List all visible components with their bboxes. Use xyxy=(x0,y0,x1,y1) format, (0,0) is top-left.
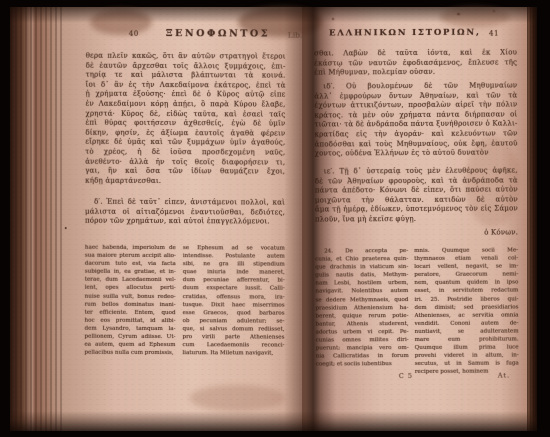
text-line: esse Graecos, quod barbaros xyxy=(183,309,285,318)
latin-lines: se Ephesum ad se vocatumintendisse. Post… xyxy=(182,244,284,350)
text-line: ἑκάστῳ τῶν ναυτῶν ἐφοδιασάμενος, ἔπλευσε… xyxy=(314,58,517,69)
text-line: σθαι. Λαβὼν δὲ ταῦτα ἰόντα, καὶ ἐκ Χίου … xyxy=(314,48,517,59)
greek-paragraph: θερα πλεῖν κακῶς, ὅτι ἂν αὐτῶν στρατηγοὶ… xyxy=(85,52,286,187)
latin-notes-column: se Ephesum ad se vocatumintendisse. Post… xyxy=(182,244,284,358)
text-line: cratidas, offensus mora, ira- xyxy=(183,293,285,302)
text-line: ἐν Λακεδαίμονι κόρῃ ἀπῄει, ὃ παρὰ Κύρου … xyxy=(85,100,285,110)
latin-notes-column: mnis. Quumque socii Me-thymnaeos etiam v… xyxy=(414,246,519,376)
page-number-right: 41 xyxy=(489,30,499,38)
signature-mark: C 5 xyxy=(399,372,413,380)
text-line: πόρον τῶν χρημάτων, καὶ αὐτοὶ ἐπαγγελλόμ… xyxy=(85,217,285,227)
greek-lines: θερα πλεῖν κακῶς, ὅτι ἂν αὐτῶν στρατηγοὶ… xyxy=(85,52,286,178)
text-line: κήδῃ ἁμαρτάνεσθαι. xyxy=(85,176,285,186)
text-line: duum exspectare iussit. Calli- xyxy=(183,285,285,294)
latin-notes-column: haec habenda, imperiolum desua maiore pt… xyxy=(84,244,175,358)
text-line: ιε′. Τῇ δ᾽ ὑστεραίᾳ τοὺς μὲν ἐλευθέρους … xyxy=(315,166,518,177)
text-line: pellacibus nulla cum promissis, xyxy=(84,349,175,357)
text-line: coegit; et sociis iubentibus xyxy=(316,360,409,369)
greek-catchword: ὁ Κόνων. xyxy=(315,228,518,239)
greek-lines: σθαι. Λαβὼν δὲ ταῦτα ἰόντα, καὶ ἐκ Χίου … xyxy=(314,48,517,68)
text-line: liaturum. Ita Miletum navigavit, xyxy=(182,349,284,358)
text-line: praesidium Atheniensium ha- xyxy=(315,304,408,313)
right-page-text: ΕΛΛΗΝΙΚΩΝ ΙΣΤΟΡΙΩΝ, 41 σθαι. Λαβὼν δὲ τα… xyxy=(301,6,528,431)
text-line: esset, in servitutem redactum xyxy=(414,287,518,296)
text-line: tusque. Dixit haec miserrimos xyxy=(183,301,285,310)
latin-lines: 24. De accepta pe-cunia, et Chio praeter… xyxy=(315,247,409,361)
text-line: ιδ′. Οὐ βουλομένων δὲ τῶν Μηθυμναίων προ… xyxy=(314,81,517,92)
text-line: ὁ Κόνων. xyxy=(315,228,518,239)
ink-speck xyxy=(332,18,334,20)
text-line: ter efficiente. Entem, quod xyxy=(85,308,176,316)
greek-paragraph: ιε′. Τῇ δ᾽ ὑστεραίᾳ τοὺς μὲν ἐλευθέρους … xyxy=(315,166,518,225)
text-line: δ′. Ἐπεὶ δὲ ταῦτ᾽ εἶπεν, ἀνιστάμενοι πολ… xyxy=(85,198,285,208)
greek-lines: ιε′. Τῇ δ᾽ ὑστεραίᾳ τοὺς μὲν ἐλευθέρους … xyxy=(315,166,518,215)
text-line: τηρίᾳ τε καὶ μάλιστα βλάπτωνται τὰ κοινά… xyxy=(86,71,286,81)
greek-paragraph: σθαι. Λαβὼν δὲ ταῦτα ἰόντα, καὶ ἐκ Χίου … xyxy=(314,48,517,78)
ink-speck xyxy=(457,13,460,15)
book-spread: 40 ΞΕΝΟΦΩΝΤΟΣ Lib. θερα πλεῖν κακῶς, ὅτι… xyxy=(10,7,537,431)
text-line: se dedere Methymnaeis, quod xyxy=(315,296,408,305)
left-page-text: 40 ΞΕΝΟΦΩΝΤΟΣ Lib. θερα πλεῖν κακῶς, ὅτι… xyxy=(9,6,303,431)
text-line: πλοῦν, ἵνα μὴ ἐκεῖσε φύγῃ. xyxy=(315,214,518,225)
text-line: γαι, ἣν καὶ ὅσα τῶν ἰδίων θαυμάζειν ἔχοι… xyxy=(85,167,285,177)
page-edges-right xyxy=(527,7,537,431)
text-line: berent, quique rerum potie- xyxy=(315,312,408,321)
text-line: navigavit. Nolentibus autem xyxy=(315,288,408,297)
running-title-right: ΕΛΛΗΝΙΚΩΝ ΙΣΤΟΡΙΩΝ, xyxy=(329,28,481,39)
text-line: nuise suilla vult, bonus redeo- xyxy=(85,292,176,300)
greek-lines: ιδ′. Οὐ βουλομένων δὲ τῶν Μηθυμναίων προ… xyxy=(314,81,517,149)
text-line: lent, opes allocutus perti- xyxy=(85,284,176,292)
text-line: iri. 25. Postridie liberos qui- xyxy=(414,295,518,304)
text-line: τὸ χρέος, ἡ δὲ ἰοῦσα προσδεχομένη ναῦς, xyxy=(85,148,285,158)
greek-paragraph: ιδ′. Οὐ βουλομένων δὲ τῶν Μηθυμναίων προ… xyxy=(314,81,517,159)
text-line: secutus, ut in Samum is fuga xyxy=(415,360,519,369)
latin-lines: haec habenda, imperiolum desua maiore pt… xyxy=(84,244,175,350)
page-number-left: 40 xyxy=(129,30,139,38)
text-line: ἐπὶ Μήθυμναν, πολεμίαν οὖσαν. xyxy=(314,68,517,79)
greek-paragraph: δ′. Ἐπεὶ δὲ ταῦτ᾽ εἶπεν, ἀνιστάμενοι πολ… xyxy=(85,198,285,228)
text-line: κρατίδας εἰς τὴν ἀγοράν· καὶ κελευόντων … xyxy=(315,129,518,140)
catchword: At. xyxy=(498,372,510,380)
ink-speck xyxy=(493,10,495,12)
text-line: rum bellos dominatus inani- xyxy=(85,300,176,308)
latin-lines: mnis. Quumque socii Me-thymnaeos etiam v… xyxy=(414,246,519,368)
text-line: nia Callicratidas in forum xyxy=(316,352,409,361)
text-line: dem dimisit; sed praesidiarios xyxy=(414,303,518,312)
text-line: χοντος, οὐδένα Ἑλλήνων ἐς τὸ αὑτοῦ δυνατ… xyxy=(315,149,518,160)
greek-lines: δ′. Ἐπεὶ δὲ ταῦτ᾽ εἶπεν, ἀνιστάμενοι πολ… xyxy=(85,198,285,218)
text-line: ἐπὶ θύρας φοιτήσεσιν ἀχθεσθείς, ἐγὼ δὲ ὑ… xyxy=(85,119,285,129)
text-line: ἅμα τῇ ἡμέρᾳ, ἐδίωκεν, ὑποτεμνόμενος τὸν… xyxy=(315,205,518,216)
latin-notes-column: 24. De accepta pe-cunia, et Chio praeter… xyxy=(315,247,409,369)
book-photo: 40 ΞΕΝΟΦΩΝΤΟΣ Lib. θερα πλεῖν κακῶς, ὅτι… xyxy=(0,0,550,437)
footnote-mark: • xyxy=(64,226,68,233)
text-line: θερα πλεῖν κακῶς, ὅτι ἂν αὐτῶν στρατηγοὶ… xyxy=(86,52,286,62)
running-title-left: ΞΕΝΟΦΩΝΤΟΣ xyxy=(166,28,270,39)
